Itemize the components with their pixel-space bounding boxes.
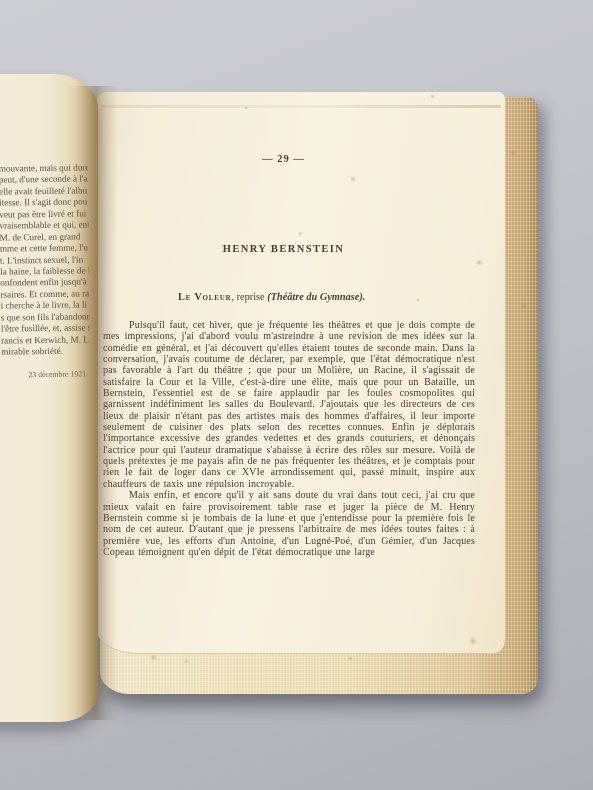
text-fragment: vraisemblable et qui, ent	[0, 220, 89, 233]
text-fragment: mirable sobriété.	[1, 345, 90, 358]
play-title: Le Voleur	[178, 292, 231, 303]
text-fragment: itesse. Il s'agit donc pou	[0, 197, 88, 210]
text-fragment: l'être fusillée, et, assise s	[1, 322, 90, 335]
right-page: — 29 — HENRY BERNSTEIN Le Voleur, repris…	[96, 92, 505, 654]
date-line: 23 décembre 1921	[0, 369, 86, 379]
page-number: — 29 —	[79, 154, 488, 165]
page-crease	[101, 105, 501, 108]
text-fragment: mme et cette femme, l'u	[0, 242, 89, 255]
text-fragment: i cherche à le livre, la li	[1, 300, 90, 313]
book-photo-scene: — 29 — HENRY BERNSTEIN Le Voleur, repris…	[0, 0, 593, 790]
theatre-name: (Théâtre du Gymnase).	[267, 292, 365, 303]
left-page-text: mouvante, mais qui durepeut, d'une secon…	[0, 162, 90, 363]
text-fragment: rancis et Kerwich, M. L. G	[1, 334, 90, 347]
paragraph: Mais enfin, et encore qu'il y ait sans d…	[103, 490, 475, 558]
paragraph: Puisqu'il faut, cet hiver, que je fréque…	[103, 320, 475, 490]
text-fragment: onfondent enfin jusqu'à l	[0, 277, 89, 290]
body-text: Puisqu'il faut, cet hiver, que je fréque…	[103, 320, 475, 558]
review-title-middle: , reprise	[231, 292, 267, 303]
left-page: mouvante, mais qui durepeut, d'une secon…	[0, 74, 98, 722]
review-title: Le Voleur, reprise (Théâtre du Gymnase).	[178, 292, 365, 303]
chapter-heading: HENRY BERNSTEIN	[79, 244, 488, 255]
